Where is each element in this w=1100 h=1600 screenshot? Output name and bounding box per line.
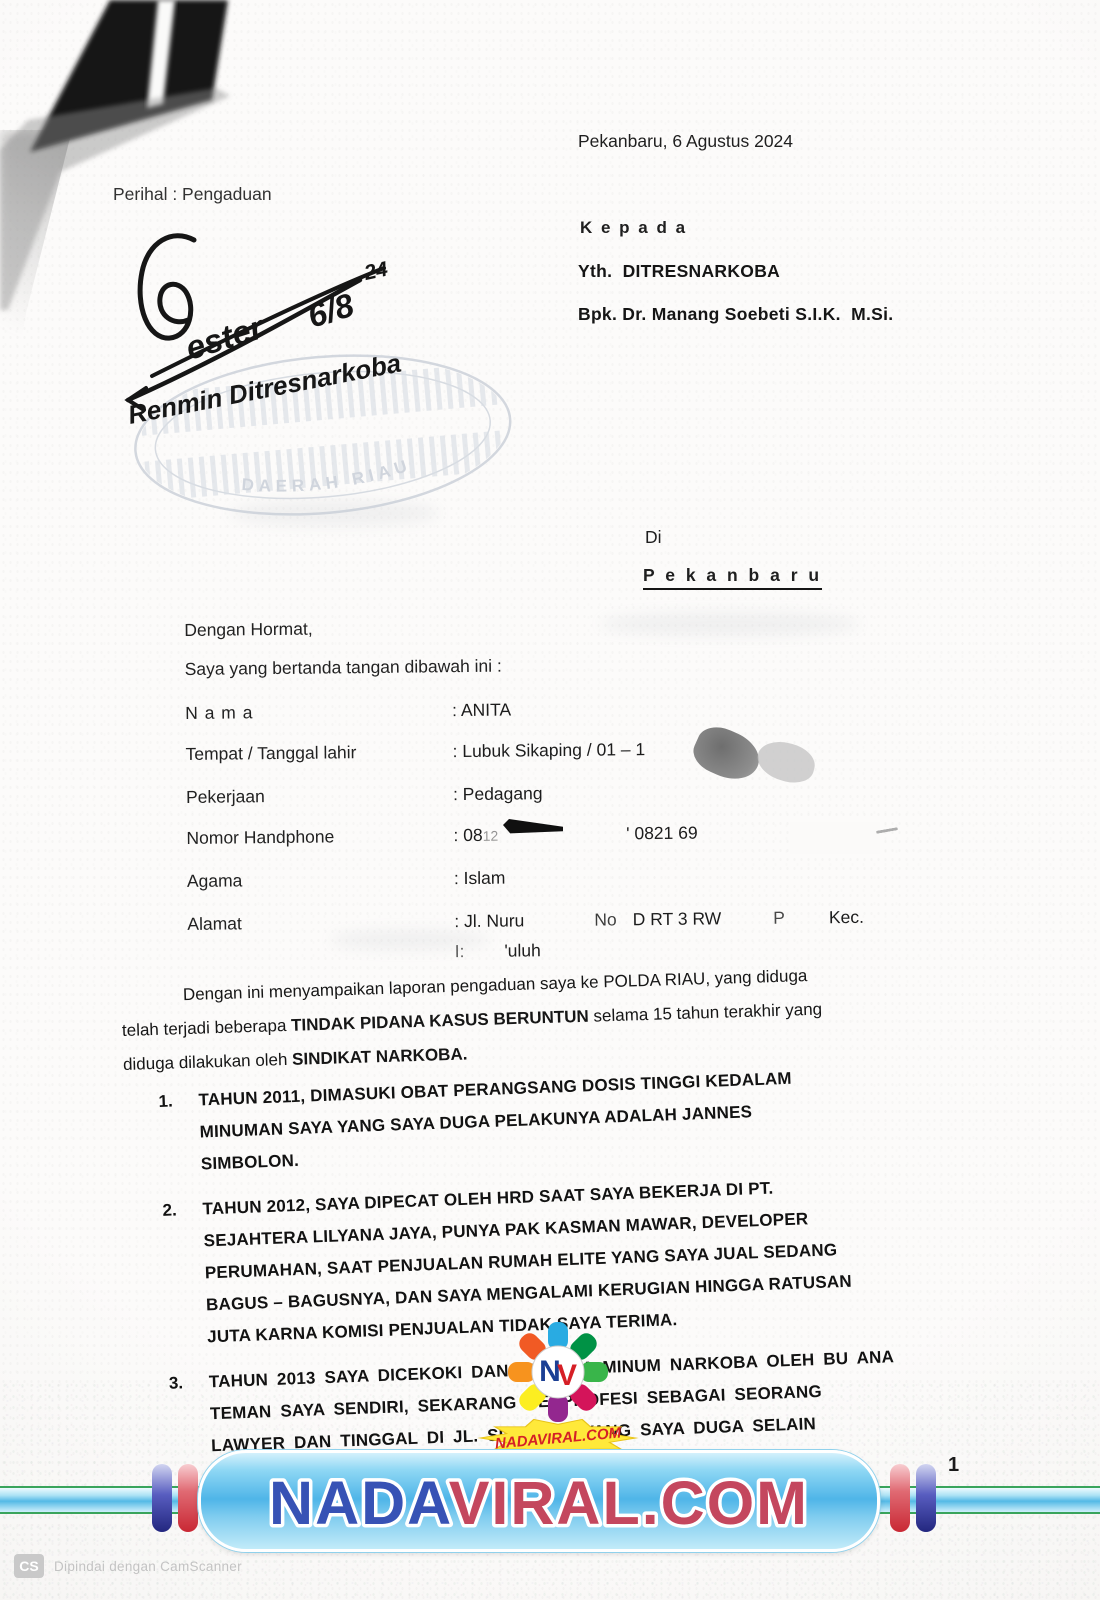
item-text: TAHUN 2011, DIMASUKI OBAT PERANGSANG DOS… [198,1063,795,1181]
page-number: 1 [948,1454,959,1477]
item-number: 1. [158,1085,201,1182]
handphone-part1: : 08 [453,825,482,845]
svg-text:NADAVIRAL.COM: NADAVIRAL.COM [269,1469,809,1537]
banner-pill: NADAVIRAL.COM [198,1450,880,1552]
logo-letter-v: V [557,1359,577,1392]
alamat-part1: : Jl. Nuru [454,910,524,931]
white-redaction [790,822,880,854]
field-value-alamat: : Jl. NuruNoD RT 3 RWPKec. [454,907,864,932]
banner-text-viral: VIRAL.COM [449,1469,809,1537]
item-number: 2. [162,1193,208,1354]
intro-line: Saya yang bertanda tangan dibawah ini : [185,656,502,680]
scanned-letter-page: DAERAH RIAU ester 6/8 24 Renmin Ditresna… [0,0,1100,1600]
field-label-ttl: Tempat / Tanggal lahir [185,742,356,765]
field-value-alamat-line2: I:'uluh [455,940,541,962]
alamat-part5: Kec. [829,907,864,927]
redaction-gap [721,924,773,925]
alamat2-part2: 'uluh [504,940,541,960]
capsule-blue-left [152,1464,172,1532]
alamat-part4: P [773,908,785,928]
field-value-handphone: : 0812' 0821 69 [453,823,697,847]
field-label-handphone: Nomor Handphone [186,826,334,849]
alamat2-part1: I: [455,941,465,961]
banner-text-nada: NADA [269,1469,450,1537]
field-value-nama: : ANITA [452,700,511,722]
redaction-gap [524,926,594,927]
redaction-gap [498,839,626,840]
field-label-pekerjaan: Pekerjaan [186,786,265,808]
field-value-agama: : Islam [454,868,506,890]
nadaviral-banner: NADAVIRAL.COM 1 [0,1440,1100,1570]
field-label-alamat: Alamat [187,913,242,935]
capsule-red-right [890,1464,910,1532]
alamat-part3: D RT 3 RW [633,908,722,929]
field-value-ttl: : Lubuk Sikaping / 01 – 1 [452,739,645,762]
pinwheel: N V [508,1322,608,1422]
handphone-faint-digits: 12 [483,828,499,844]
handphone-part2: ' 0821 69 [626,823,698,844]
alamat-part2: No [594,909,617,929]
field-label-agama: Agama [187,870,243,892]
field-label-nama: N a m a [185,702,253,724]
salutation: Dengan Hormat, [184,619,313,641]
scan-clip-artifact [0,0,320,330]
capsule-blue-right [916,1464,936,1532]
banner-text: NADAVIRAL.COM [201,1453,877,1549]
capsule-red-left [178,1464,198,1532]
field-value-pekerjaan: : Pedagang [453,783,543,805]
